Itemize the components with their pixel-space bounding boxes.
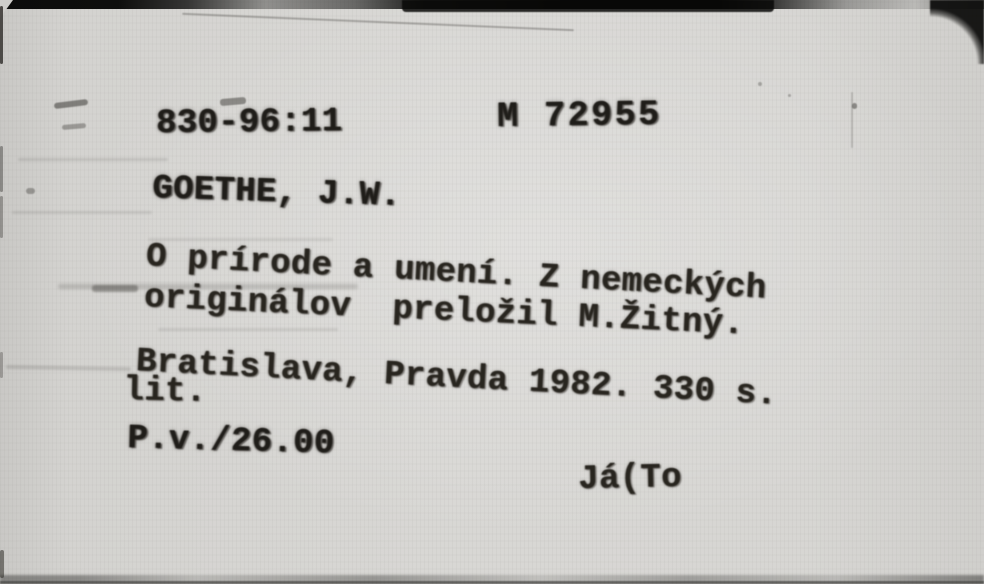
author-heading: GOETHE, J.W. [152,172,401,214]
scan-left-tick [0,146,3,192]
catalog-card: 830-96:11 M 72955 GOETHE, J.W. O prírode… [0,0,984,584]
ink-dot [26,188,35,194]
paper-scratch [851,92,853,148]
ink-dot [758,82,762,86]
paper-streak [18,158,168,161]
paper-smear-dark [92,285,138,292]
ink-dot [852,103,857,109]
scan-corner-top-right [930,0,984,64]
paper-streak [12,211,152,214]
accession-number: M 72955 [497,98,662,135]
scan-left-tick [0,352,3,378]
price-note: P.v./26.00 [127,422,335,461]
collation-line: lit. [123,374,207,410]
scan-left-tick [0,6,3,64]
scan-left-tick [0,196,3,238]
scan-left-tick [0,550,4,578]
call-number: 830-96:11 [156,105,343,141]
paper-streak [158,328,338,331]
scan-edge-top-thick [402,0,774,12]
ink-dot [788,94,791,97]
cataloguer-annotation: Já(To [578,461,682,497]
